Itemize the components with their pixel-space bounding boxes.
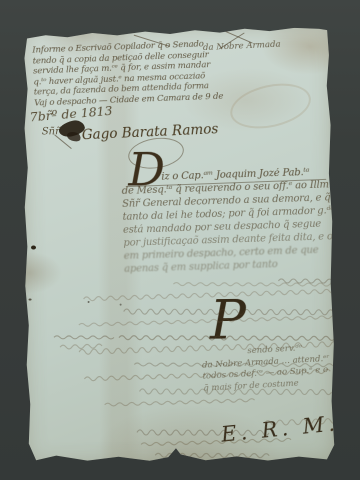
- despacho-block: sendo serv.ᵈᵒ da Nobre Armada … attend.ᵉ…: [201, 341, 339, 394]
- petition-block: iz o Cap.ᵃᵐ Joaquim Jozé Pab.ᵗᵃ de Mesq.…: [121, 165, 344, 276]
- paper-speck: [29, 299, 32, 301]
- paper-speck: [88, 301, 90, 303]
- photographed-backdrop: Informe o Escrivaõ Copilador q̃ o Senado…: [0, 0, 360, 480]
- despacho-initial-p: P: [210, 293, 247, 347]
- closing-erm: E. R. M.: [220, 411, 340, 446]
- manuscript-page: Informe o Escrivaõ Copilador q̃ o Senado…: [21, 24, 337, 465]
- paper-speck: [120, 304, 122, 306]
- paper-speck: [31, 245, 36, 249]
- annotation-right-fragment: da Nobre Armada: [203, 40, 281, 54]
